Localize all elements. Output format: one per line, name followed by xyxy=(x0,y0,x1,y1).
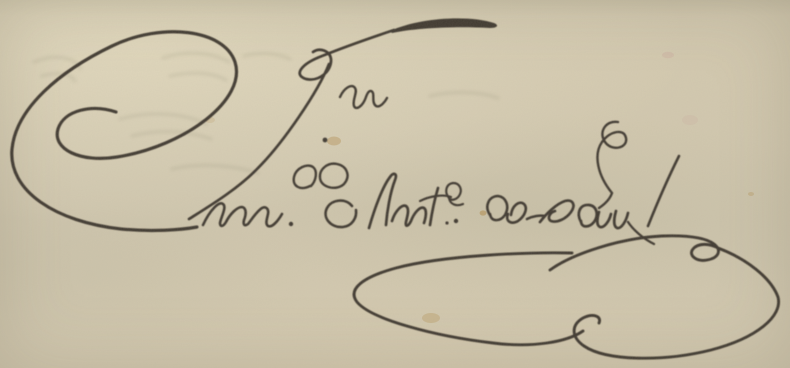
manuscript-scan: Ju Fran.co Ant.o de Paul (looping rubric… xyxy=(0,0,790,368)
paper-grain-texture xyxy=(0,0,790,368)
signature-drawing xyxy=(0,0,790,368)
